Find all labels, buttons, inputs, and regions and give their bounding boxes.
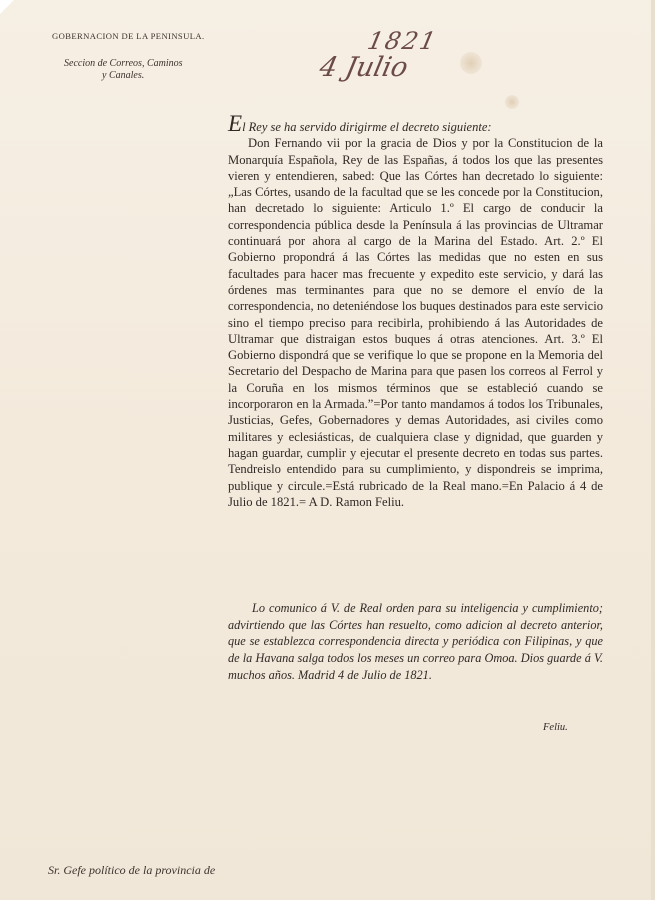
decree-body: El Rey se ha servido dirigirme el decret…: [228, 116, 603, 510]
decree-text: Don Fernando vii por la gracia de Dios y…: [228, 135, 603, 510]
addressee: Sr. Gefe político de la provincia de: [48, 863, 215, 878]
handwritten-year: 1821: [365, 27, 440, 55]
foxing-spot: [460, 52, 482, 74]
section-line-1: Seccion de Correos, Caminos: [64, 58, 183, 69]
section-line-2: y Canales.: [64, 70, 183, 82]
intro-line: El Rey se ha servido dirigirme el decret…: [228, 116, 603, 135]
closing-paragraph: Lo comunico á V. de Real orden para su i…: [228, 600, 603, 684]
drop-cap: E: [228, 111, 242, 136]
handwritten-date: 4 Julio: [317, 52, 411, 83]
intro-text: l Rey se ha servido dirigirme el decreto…: [242, 120, 491, 134]
signature: Feliu.: [543, 722, 568, 733]
folded-corner: [0, 0, 14, 14]
section-name: Seccion de Correos, Caminos y Canales.: [64, 58, 183, 82]
issuing-office: GOBERNACION DE LA PENINSULA.: [52, 31, 205, 41]
paper-edge: [651, 0, 655, 900]
foxing-spot: [505, 95, 519, 109]
